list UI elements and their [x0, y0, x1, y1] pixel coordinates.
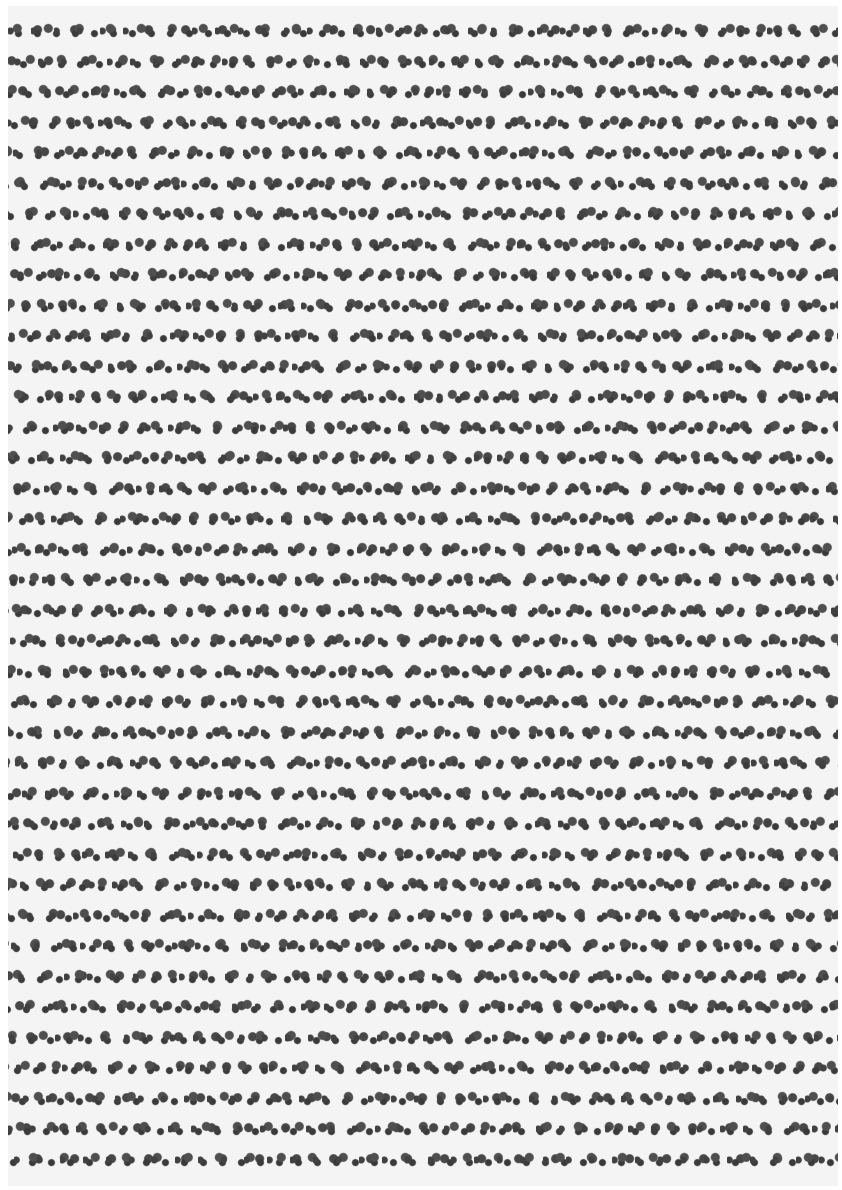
illegible-text-line	[8, 659, 838, 685]
illegible-text-line	[8, 598, 838, 624]
illegible-text-line	[8, 18, 838, 44]
illegible-text-line	[8, 1055, 838, 1081]
scanned-page: Heavily degraded scanned text page; no l…	[8, 6, 838, 1186]
illegible-text-line	[8, 506, 838, 532]
illegible-text-line	[8, 140, 838, 166]
illegible-text-line	[8, 262, 838, 288]
illegible-text-line	[8, 1147, 838, 1173]
illegible-text-line	[8, 110, 838, 136]
illegible-text-line	[8, 293, 838, 319]
illegible-text-line	[8, 1025, 838, 1051]
illegible-text-line	[8, 720, 838, 746]
illegible-text-line	[8, 781, 838, 807]
illegible-text-line	[8, 689, 838, 715]
illegible-text-line	[8, 872, 838, 898]
illegible-text-line	[8, 384, 838, 410]
illegible-text-line	[8, 964, 838, 990]
illegible-text-line	[8, 232, 838, 258]
illegible-text-line	[8, 354, 838, 380]
illegible-text-line	[8, 933, 838, 959]
illegible-text-line	[8, 49, 838, 75]
illegible-text-line	[8, 171, 838, 197]
illegible-text-line	[8, 323, 838, 349]
illegible-text-line	[8, 415, 838, 441]
illegible-text-line	[8, 903, 838, 929]
illegible-text-line	[8, 811, 838, 837]
illegible-text-line	[8, 201, 838, 227]
illegible-text-line	[8, 79, 838, 105]
illegible-text-line	[8, 537, 838, 563]
illegible-text-line	[8, 445, 838, 471]
illegible-text-line	[8, 750, 838, 776]
illegible-text-line	[8, 1086, 838, 1112]
illegible-text-line	[8, 842, 838, 868]
illegible-text-line	[8, 476, 838, 502]
illegible-text-line	[8, 628, 838, 654]
illegible-text-line	[8, 1116, 838, 1142]
illegible-text-line	[8, 567, 838, 593]
illegible-text-line	[8, 994, 838, 1020]
